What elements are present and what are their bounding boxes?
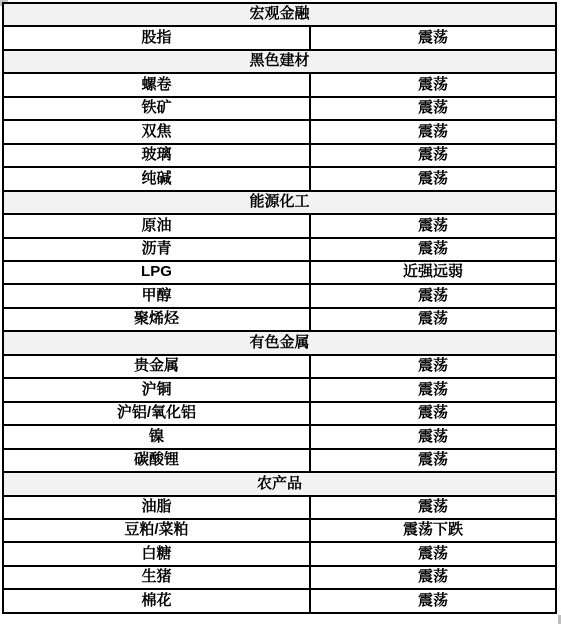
outlook-cell: 震荡: [310, 355, 556, 378]
outlook-cell: 震荡: [310, 402, 556, 425]
commodity-row: 螺卷 震荡: [3, 73, 556, 96]
commodity-name-cell: 原油: [3, 214, 310, 237]
document-page: 宏观金融 股指 震荡 黑色建材 螺卷 震荡 铁矿 震荡 双焦 震荡 玻: [0, 0, 561, 624]
commodity-name-cell: 棉花: [3, 589, 310, 613]
section-header-row: 农产品: [3, 472, 556, 495]
outlook-cell: 震荡: [310, 214, 556, 237]
commodity-name-cell: 玻璃: [3, 144, 310, 167]
outlook-cell: 震荡: [310, 378, 556, 401]
commodity-name-cell: 沪铝/氧化铝: [3, 402, 310, 425]
commodity-row: 双焦 震荡: [3, 120, 556, 143]
commodity-name-cell: 沪铜: [3, 378, 310, 401]
outlook-cell: 震荡: [310, 589, 556, 613]
outlook-cell: 震荡: [310, 120, 556, 143]
section-title: 宏观金融: [3, 3, 556, 26]
outlook-cell: 震荡: [310, 496, 556, 519]
section-title: 农产品: [3, 472, 556, 495]
section-header-row: 能源化工: [3, 191, 556, 214]
commodity-row: 沪铜 震荡: [3, 378, 556, 401]
commodity-name-cell: 沥青: [3, 238, 310, 261]
commodity-name-cell: 豆粕/菜粕: [3, 519, 310, 542]
outlook-cell: 震荡: [310, 566, 556, 589]
section-header-row: 宏观金融: [3, 3, 556, 26]
commodity-row: 碳酸锂 震荡: [3, 449, 556, 472]
outlook-cell: 震荡: [310, 167, 556, 190]
commodity-row: 棉花 震荡: [3, 589, 556, 613]
outlook-cell: 震荡: [310, 542, 556, 565]
outlook-cell: 震荡: [310, 238, 556, 261]
commodity-name-cell: 生猪: [3, 566, 310, 589]
commodity-name-cell: 白糖: [3, 542, 310, 565]
commodity-row: 生猪 震荡: [3, 566, 556, 589]
outlook-cell: 震荡: [310, 425, 556, 448]
commodity-outlook-table: 宏观金融 股指 震荡 黑色建材 螺卷 震荡 铁矿 震荡 双焦 震荡 玻: [2, 2, 557, 614]
section-title: 黑色建材: [3, 50, 556, 73]
commodity-name-cell: 螺卷: [3, 73, 310, 96]
commodity-row: 镍 震荡: [3, 425, 556, 448]
outlook-cell: 近强远弱: [310, 261, 556, 284]
commodity-name-cell: 贵金属: [3, 355, 310, 378]
outlook-cell: 震荡: [310, 308, 556, 331]
section-title: 能源化工: [3, 191, 556, 214]
commodity-row: 股指 震荡: [3, 26, 556, 49]
commodity-row: 聚烯烃 震荡: [3, 308, 556, 331]
commodity-name-cell: 镍: [3, 425, 310, 448]
commodity-row: 铁矿 震荡: [3, 97, 556, 120]
commodity-name-cell: 聚烯烃: [3, 308, 310, 331]
commodity-row: 贵金属 震荡: [3, 355, 556, 378]
commodity-name-cell: LPG: [3, 261, 310, 284]
commodity-name-cell: 双焦: [3, 120, 310, 143]
commodity-name-cell: 纯碱: [3, 167, 310, 190]
commodity-row: 油脂 震荡: [3, 496, 556, 519]
commodity-row: 白糖 震荡: [3, 542, 556, 565]
commodity-row: 甲醇 震荡: [3, 284, 556, 307]
section-title: 有色金属: [3, 331, 556, 354]
commodity-name-cell: 甲醇: [3, 284, 310, 307]
commodity-name-cell: 油脂: [3, 496, 310, 519]
commodity-name-cell: 铁矿: [3, 97, 310, 120]
outlook-cell: 震荡: [310, 73, 556, 96]
outlook-cell: 震荡下跌: [310, 519, 556, 542]
outlook-cell: 震荡: [310, 97, 556, 120]
commodity-row: 玻璃 震荡: [3, 144, 556, 167]
commodity-row: 沪铝/氧化铝 震荡: [3, 402, 556, 425]
section-header-row: 黑色建材: [3, 50, 556, 73]
outlook-cell: 震荡: [310, 26, 556, 49]
commodity-row: 沥青 震荡: [3, 238, 556, 261]
commodity-row: 纯碱 震荡: [3, 167, 556, 190]
commodity-name-cell: 碳酸锂: [3, 449, 310, 472]
outlook-cell: 震荡: [310, 144, 556, 167]
commodity-row: LPG 近强远弱: [3, 261, 556, 284]
commodity-row: 豆粕/菜粕 震荡下跌: [3, 519, 556, 542]
outlook-cell: 震荡: [310, 284, 556, 307]
section-header-row: 有色金属: [3, 331, 556, 354]
outlook-cell: 震荡: [310, 449, 556, 472]
commodity-row: 原油 震荡: [3, 214, 556, 237]
commodity-name-cell: 股指: [3, 26, 310, 49]
